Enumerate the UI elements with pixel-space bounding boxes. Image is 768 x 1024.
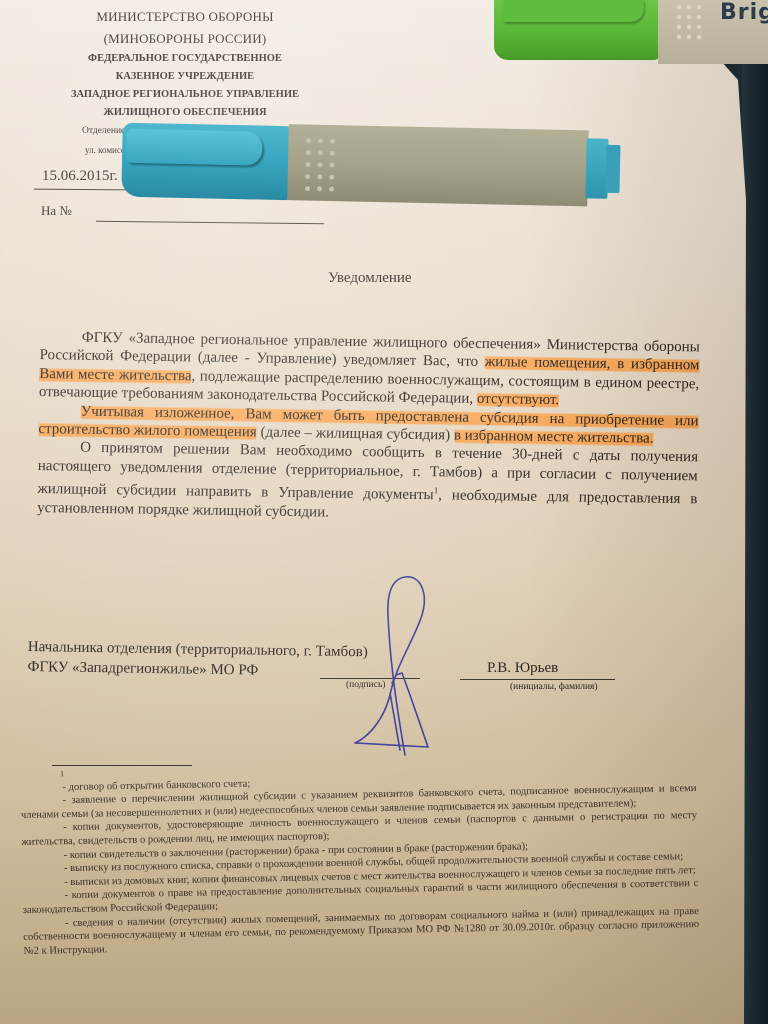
name-caption: (инициалы, фамилия) bbox=[510, 682, 598, 692]
paragraph-3: О принятом решении Вам необходимо сообщи… bbox=[37, 438, 698, 527]
paragraph-1: ФГКУ «Западное региональное управление ж… bbox=[39, 328, 700, 412]
marker-brand-text: Brigh bbox=[720, 0, 768, 25]
blue-highlighter-marker bbox=[121, 119, 633, 212]
marker-clip bbox=[126, 129, 263, 166]
document-title: Уведомление bbox=[328, 270, 412, 287]
grip-dots-icon bbox=[301, 134, 338, 193]
date-underline bbox=[34, 189, 130, 191]
document-body: ФГКУ «Западное региональное управление ж… bbox=[37, 328, 700, 527]
marker-clip bbox=[504, 0, 644, 22]
highlighted-text: в избранном месте жительства. bbox=[454, 428, 654, 447]
letterhead-org-line: КАЗЕННОЕ УЧРЕЖДЕНИЕ bbox=[40, 68, 330, 86]
signatory-position: Начальника отделения (территориального, … bbox=[27, 637, 368, 682]
letterhead-ministry-short: (МИНОБОРОНЫ РОССИИ) bbox=[40, 28, 330, 50]
letterhead-org-line: ЗАПАДНОЕ РЕГИОНАЛЬНОЕ УПРАВЛЕНИЕ bbox=[40, 86, 330, 104]
signer-name: Р.В. Юрьев bbox=[487, 660, 558, 677]
green-highlighter-marker: Brigh bbox=[494, 0, 768, 68]
handwritten-signature-icon bbox=[330, 575, 450, 765]
footnotes: 1 - договор об открытии банковского счет… bbox=[20, 755, 700, 958]
reference-label: На № bbox=[41, 203, 72, 219]
letterhead-org-line: ФЕДЕРАЛЬНОЕ ГОСУДАРСТВЕННОЕ bbox=[40, 50, 330, 68]
highlighted-text: отсутствуют. bbox=[477, 391, 559, 408]
document-date: 15.06.2015г. bbox=[42, 168, 118, 185]
marker-end-cap bbox=[605, 145, 620, 193]
grip-dots-icon bbox=[674, 2, 704, 44]
text-segment: (далее – жилищная субсидия) bbox=[257, 424, 454, 443]
letterhead-ministry: МИНИСТЕРСТВО ОБОРОНЫ bbox=[40, 6, 330, 28]
name-underline bbox=[460, 679, 615, 680]
reference-underline bbox=[96, 221, 324, 224]
